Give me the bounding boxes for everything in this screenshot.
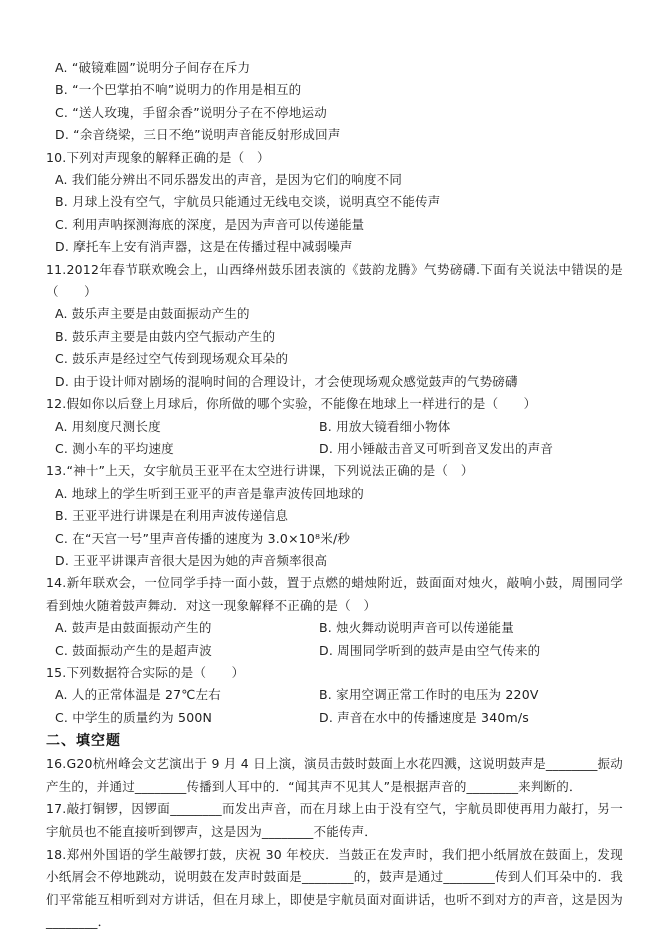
question-11-option-b: B. 鼓乐声主要是由鼓内空气振动产生的 [46,326,623,348]
question-10-option-b: B. 月球上没有空气，宇航员只能通过无线电交谈，说明真空不能传声 [46,191,623,213]
question-10-stem: 10.下列对声现象的解释正确的是（ ） [46,147,623,169]
question-10-option-a: A. 我们能分辨出不同乐器发出的声音，是因为它们的响度不同 [46,169,623,191]
question-16-text: 16.G20杭州峰会文艺演出于 9 月 4 日上演，演员击鼓时鼓面上水花四溅，这… [46,753,623,798]
question-14-option-b: B. 烛火舞动说明声音可以传递能量 [319,617,623,639]
question-11-option-a: A. 鼓乐声主要是由鼓面振动产生的 [46,303,623,325]
question-13-stem: 13.“神十”上天，女宇航员王亚平在太空进行讲课，下列说法正确的是（ ） [46,460,623,482]
question-12: 12.假如你以后登上月球后，你所做的哪个实验，不能像在地球上一样进行的是（ ） … [46,393,623,460]
question-10-option-c: C. 利用声呐探测海底的深度，是因为声音可以传递能量 [46,214,623,236]
question-12-stem: 12.假如你以后登上月球后，你所做的哪个实验，不能像在地球上一样进行的是（ ） [46,393,623,415]
question-14-option-a: A. 鼓声是由鼓面振动产生的 [55,617,319,639]
question-9-option-a: A. “破镜难圆”说明分子间存在斥力 [46,57,623,79]
question-15-stem: 15.下列数据符合实际的是（ ） [46,662,623,684]
question-14-option-c: C. 鼓面振动产生的是超声波 [55,640,319,662]
question-9-option-c: C. “送人玫瑰，手留余香”说明分子在不停地运动 [46,102,623,124]
question-15-option-b: B. 家用空调正常工作时的电压为 220V [319,684,623,706]
question-14-option-d: D. 周围同学听到的鼓声是由空气传来的 [319,640,623,662]
question-12-options: A. 用刻度尺测长度 B. 用放大镜看细小物体 C. 测小车的平均速度 D. 用… [46,416,623,461]
question-13-option-a: A. 地球上的学生听到王亚平的声音是靠声波传回地球的 [46,483,623,505]
question-11-options: A. 鼓乐声主要是由鼓面振动产生的 B. 鼓乐声主要是由鼓内空气振动产生的 C.… [46,303,623,393]
question-14: 14.新年联欢会，一位同学手持一面小鼓，置于点燃的蜡烛附近，鼓面面对烛火，敲响小… [46,572,623,662]
section-heading-fill-in-blanks: 二、填空题 [46,729,623,753]
question-11-stem: 11.2012年春节联欢晚会上，山西绛州鼓乐团表演的《鼓韵龙腾》气势磅礴.下面有… [46,259,623,304]
question-13-options: A. 地球上的学生听到王亚平的声音是靠声波传回地球的 B. 王亚平进行讲课是在利… [46,483,623,573]
question-14-stem: 14.新年联欢会，一位同学手持一面小鼓，置于点燃的蜡烛附近，鼓面面对烛火，敲响小… [46,572,623,617]
question-13-option-b: B. 王亚平进行讲课是在利用声波传递信息 [46,505,623,527]
question-15-option-a: A. 人的正常体温是 27℃左右 [55,684,319,706]
question-10-option-d: D. 摩托车上安有消声器，这是在传播过程中减弱噪声 [46,236,623,258]
question-11: 11.2012年春节联欢晚会上，山西绛州鼓乐团表演的《鼓韵龙腾》气势磅礴.下面有… [46,259,623,393]
question-13: 13.“神十”上天，女宇航员王亚平在太空进行讲课，下列说法正确的是（ ） A. … [46,460,623,572]
question-17-text: 17.敲打铜锣，因锣面________而发出声音，而在月球上由于没有空气，宇航员… [46,798,623,843]
question-10-options: A. 我们能分辨出不同乐器发出的声音，是因为它们的响度不同 B. 月球上没有空气… [46,169,623,259]
question-18-text: 18.郑州外国语的学生敲锣打鼓，庆祝 30 年校庆．当鼓正在发声时，我们把小纸屑… [46,844,623,934]
question-15-options: A. 人的正常体温是 27℃左右 B. 家用空调正常工作时的电压为 220V C… [46,684,623,729]
question-14-options: A. 鼓声是由鼓面振动产生的 B. 烛火舞动说明声音可以传递能量 C. 鼓面振动… [46,617,623,662]
question-9-option-d: D. “余音绕梁，三日不绝”说明声音能反射形成回声 [46,124,623,146]
question-9-option-b: B. “一个巴掌拍不响”说明力的作用是相互的 [46,79,623,101]
question-15-option-d: D. 声音在水中的传播速度是 340m/s [319,707,623,729]
question-11-option-d: D. 由于设计师对剧场的混响时间的合理设计，才会使现场观众感觉鼓声的气势磅礴 [46,371,623,393]
worksheet-page: A. “破镜难圆”说明分子间存在斥力 B. “一个巴掌拍不响”说明力的作用是相互… [0,0,661,936]
question-11-option-c: C. 鼓乐声是经过空气传到现场观众耳朵的 [46,348,623,370]
question-10: 10.下列对声现象的解释正确的是（ ） A. 我们能分辨出不同乐器发出的声音，是… [46,147,623,259]
question-12-option-c: C. 测小车的平均速度 [55,438,319,460]
question-13-option-c: C. 在“天宫一号”里声音传播的速度为 3.0×10⁸米/秒 [46,528,623,550]
question-12-option-d: D. 用小锤敲击音叉可听到音叉发出的声音 [319,438,623,460]
question-15: 15.下列数据符合实际的是（ ） A. 人的正常体温是 27℃左右 B. 家用空… [46,662,623,729]
question-13-option-d: D. 王亚平讲课声音很大是因为她的声音频率很高 [46,550,623,572]
question-15-option-c: C. 中学生的质量约为 500N [55,707,319,729]
question-9-options: A. “破镜难圆”说明分子间存在斥力 B. “一个巴掌拍不响”说明力的作用是相互… [46,57,623,147]
question-12-option-b: B. 用放大镜看细小物体 [319,416,623,438]
question-12-option-a: A. 用刻度尺测长度 [55,416,319,438]
